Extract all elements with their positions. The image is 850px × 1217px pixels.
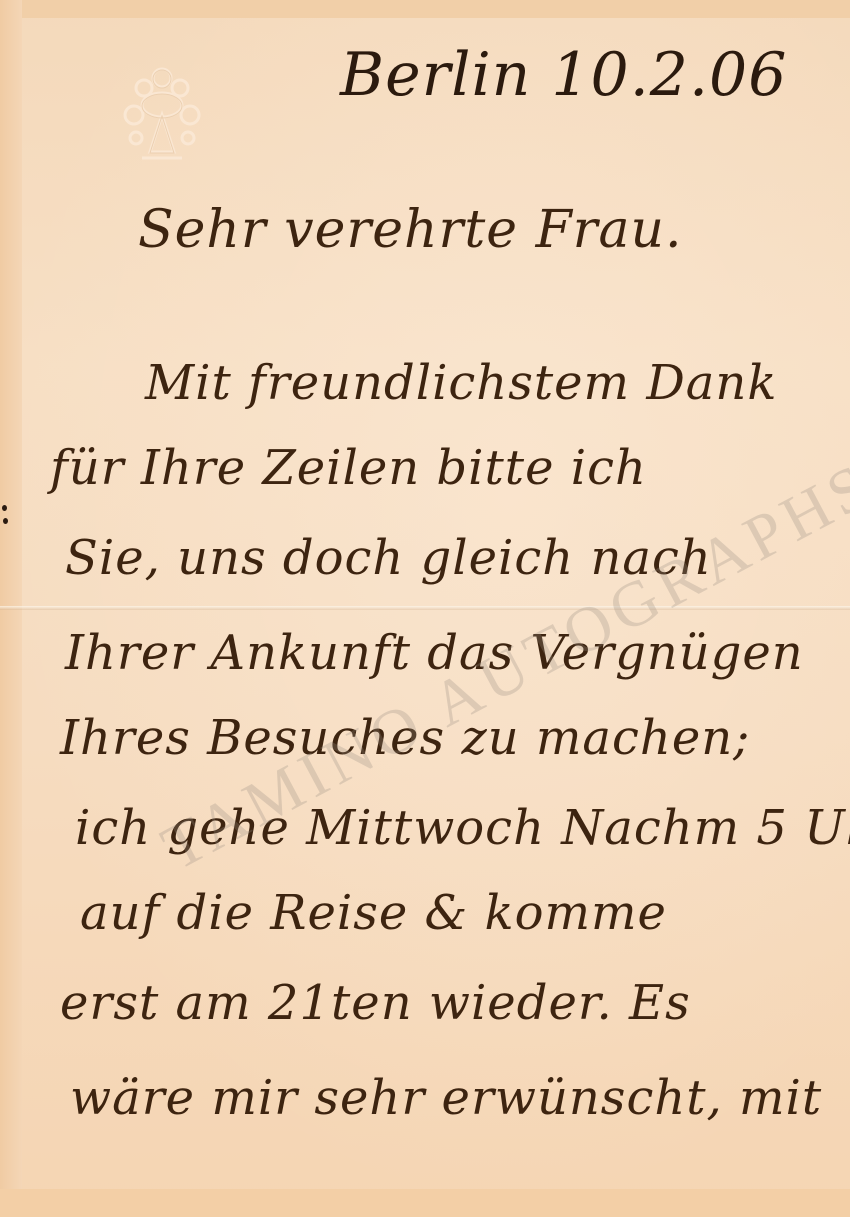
body-line: wäre mir sehr erwünscht, mit bbox=[70, 1070, 822, 1126]
paper-edge-top bbox=[0, 0, 850, 18]
body-line: erst am 21ten wieder. Es bbox=[60, 975, 691, 1031]
paper-edge-bottom bbox=[0, 1189, 850, 1217]
body-line: für Ihre Zeilen bitte ich bbox=[50, 440, 647, 496]
fold-crease bbox=[0, 606, 850, 610]
salutation: Sehr verehrte Frau. bbox=[138, 200, 683, 260]
ink-speck bbox=[2, 505, 7, 511]
embossed-crest-icon bbox=[112, 60, 212, 170]
body-line: Mit freundlichstem Dank bbox=[145, 355, 777, 411]
body-line: auf die Reise & komme bbox=[80, 885, 667, 941]
ink-speck bbox=[3, 518, 8, 524]
place-date: Berlin 10.2.06 bbox=[340, 40, 787, 110]
letter-page: Berlin 10.2.06 Sehr verehrte Frau. Mit f… bbox=[0, 0, 850, 1217]
